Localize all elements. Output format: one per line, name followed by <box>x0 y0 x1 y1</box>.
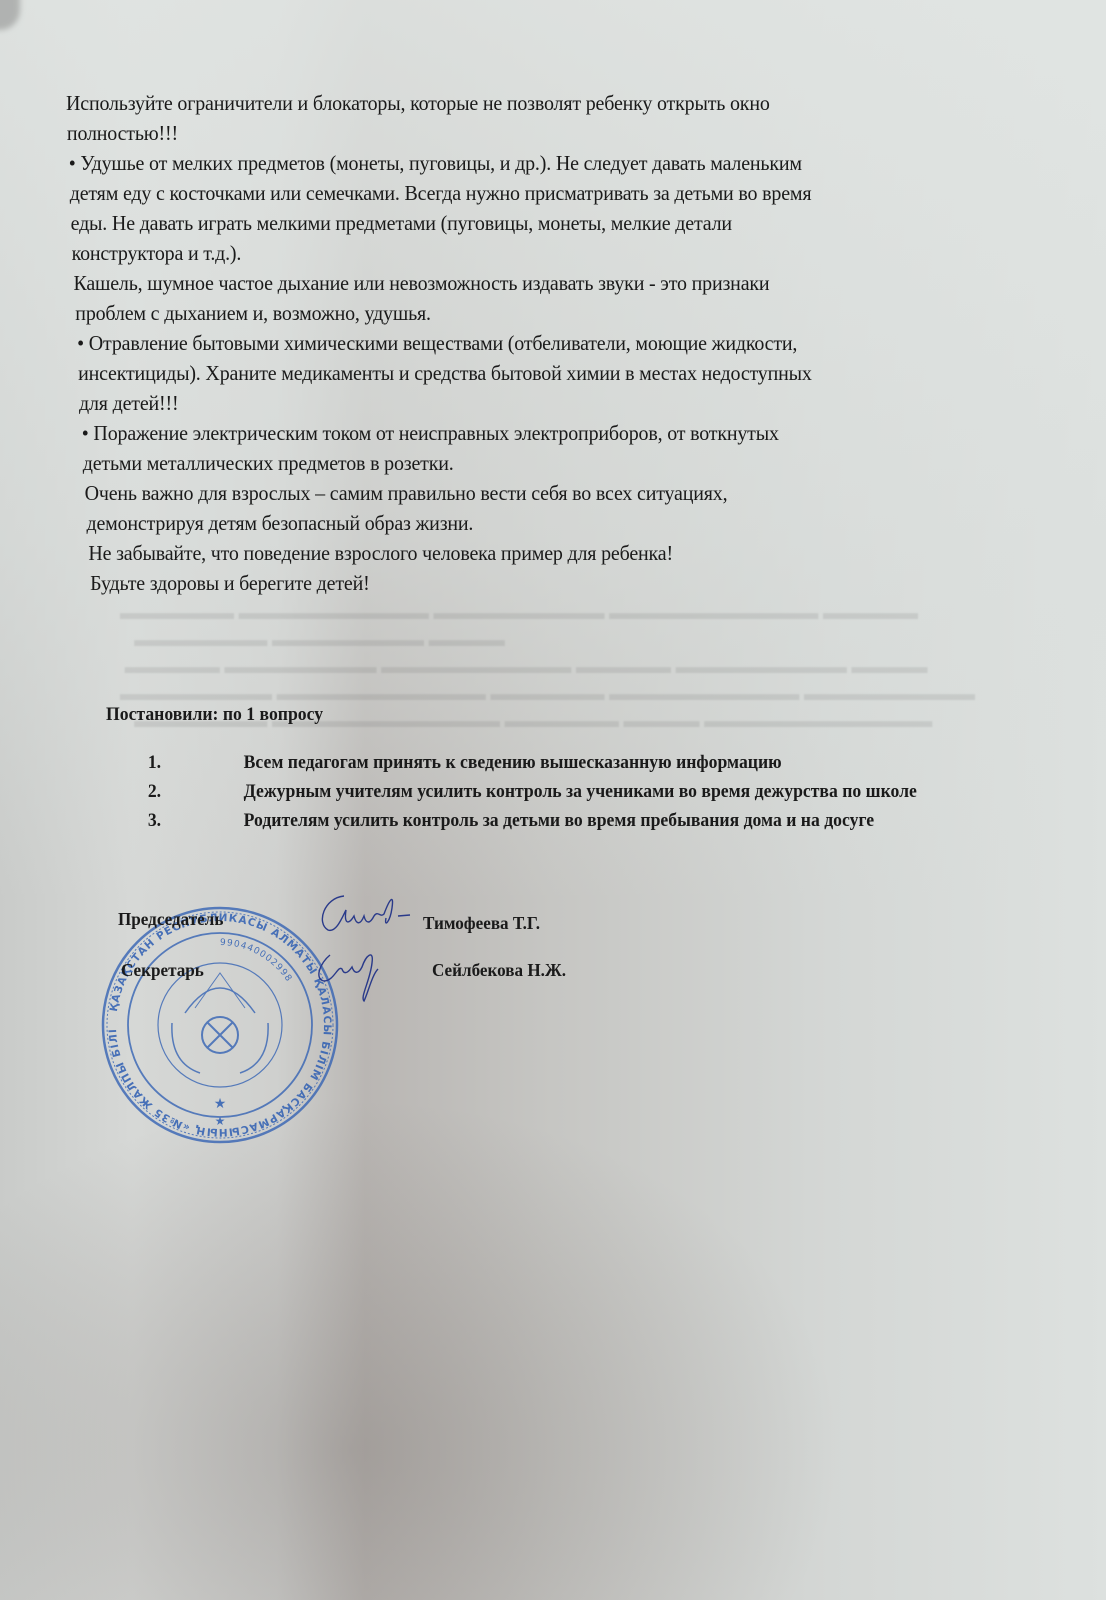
resolution-item: 2. Дежурным учителям усилить контроль за… <box>106 777 999 806</box>
resolution-item: 3. Родителям усилить контроль за детьми … <box>106 806 999 835</box>
svg-text:★: ★ <box>214 1097 227 1112</box>
body-line: еды. Не давать играть мелкими предметами… <box>71 208 959 238</box>
body-line: для детей!!! <box>79 388 959 418</box>
body-line: конструктора и т.д.). <box>72 238 959 268</box>
secretary-signature <box>308 945 388 1005</box>
resolution-text: Всем педагогам принять к сведению вышеск… <box>244 748 999 777</box>
resolution-heading: Постановили: по 1 вопросу <box>106 704 999 726</box>
body-line: полностью!!! <box>67 118 959 148</box>
body-line: детьми металлических предметов в розетки… <box>83 448 959 478</box>
chair-role: Председатель <box>118 909 223 930</box>
resolution-number: 1. <box>106 748 244 777</box>
body-line: • Отравление бытовыми химическими вещест… <box>77 328 959 358</box>
body-line: Очень важно для взрослых – самим правиль… <box>85 478 959 508</box>
chair-name: Тимофеева Т.Г. <box>423 913 540 934</box>
resolution-section: Постановили: по 1 вопросу 1. Всем педаго… <box>106 704 999 835</box>
svg-text:★: ★ <box>215 1114 226 1128</box>
body-line: демонстрируя детям безопасный образ жизн… <box>86 508 958 538</box>
resolution-item: 1. Всем педагогам принять к сведению выш… <box>106 748 999 777</box>
body-line: Будьте здоровы и берегите детей! <box>90 568 959 598</box>
chair-signature <box>314 888 414 938</box>
body-line: Кашель, шумное частое дыхание или невозм… <box>73 268 958 298</box>
body-line: • Удушье от мелких предметов (монеты, пу… <box>69 148 959 178</box>
page-corner-shadow <box>0 0 20 30</box>
body-line: Не забывайте, что поведение взрослого че… <box>88 538 958 568</box>
resolution-text: Родителям усилить контроль за детьми во … <box>244 806 999 835</box>
body-line: • Поражение электрическим током от неисп… <box>82 418 959 448</box>
resolution-number: 2. <box>106 777 244 806</box>
resolution-number: 3. <box>106 806 244 835</box>
body-text: Используйте ограничители и блокаторы, ко… <box>66 88 959 598</box>
body-line: Используйте ограничители и блокаторы, ко… <box>66 88 959 118</box>
secretary-name: Сейлбекова Н.Ж. <box>432 960 566 981</box>
body-line: инсектициды). Храните медикаменты и сред… <box>78 358 959 388</box>
secretary-role: Секретарь <box>121 960 204 981</box>
official-stamp: ҚАЗАҚСТАН РЕСПУБЛИКАСЫ АЛМАТЫ ҚАЛАСЫ БІЛ… <box>100 903 340 1148</box>
resolution-text: Дежурным учителям усилить контроль за уч… <box>244 777 979 806</box>
body-line: детям еду с косточками или семечками. Вс… <box>70 178 959 208</box>
body-line: проблем с дыханием и, возможно, удушья. <box>75 298 959 328</box>
